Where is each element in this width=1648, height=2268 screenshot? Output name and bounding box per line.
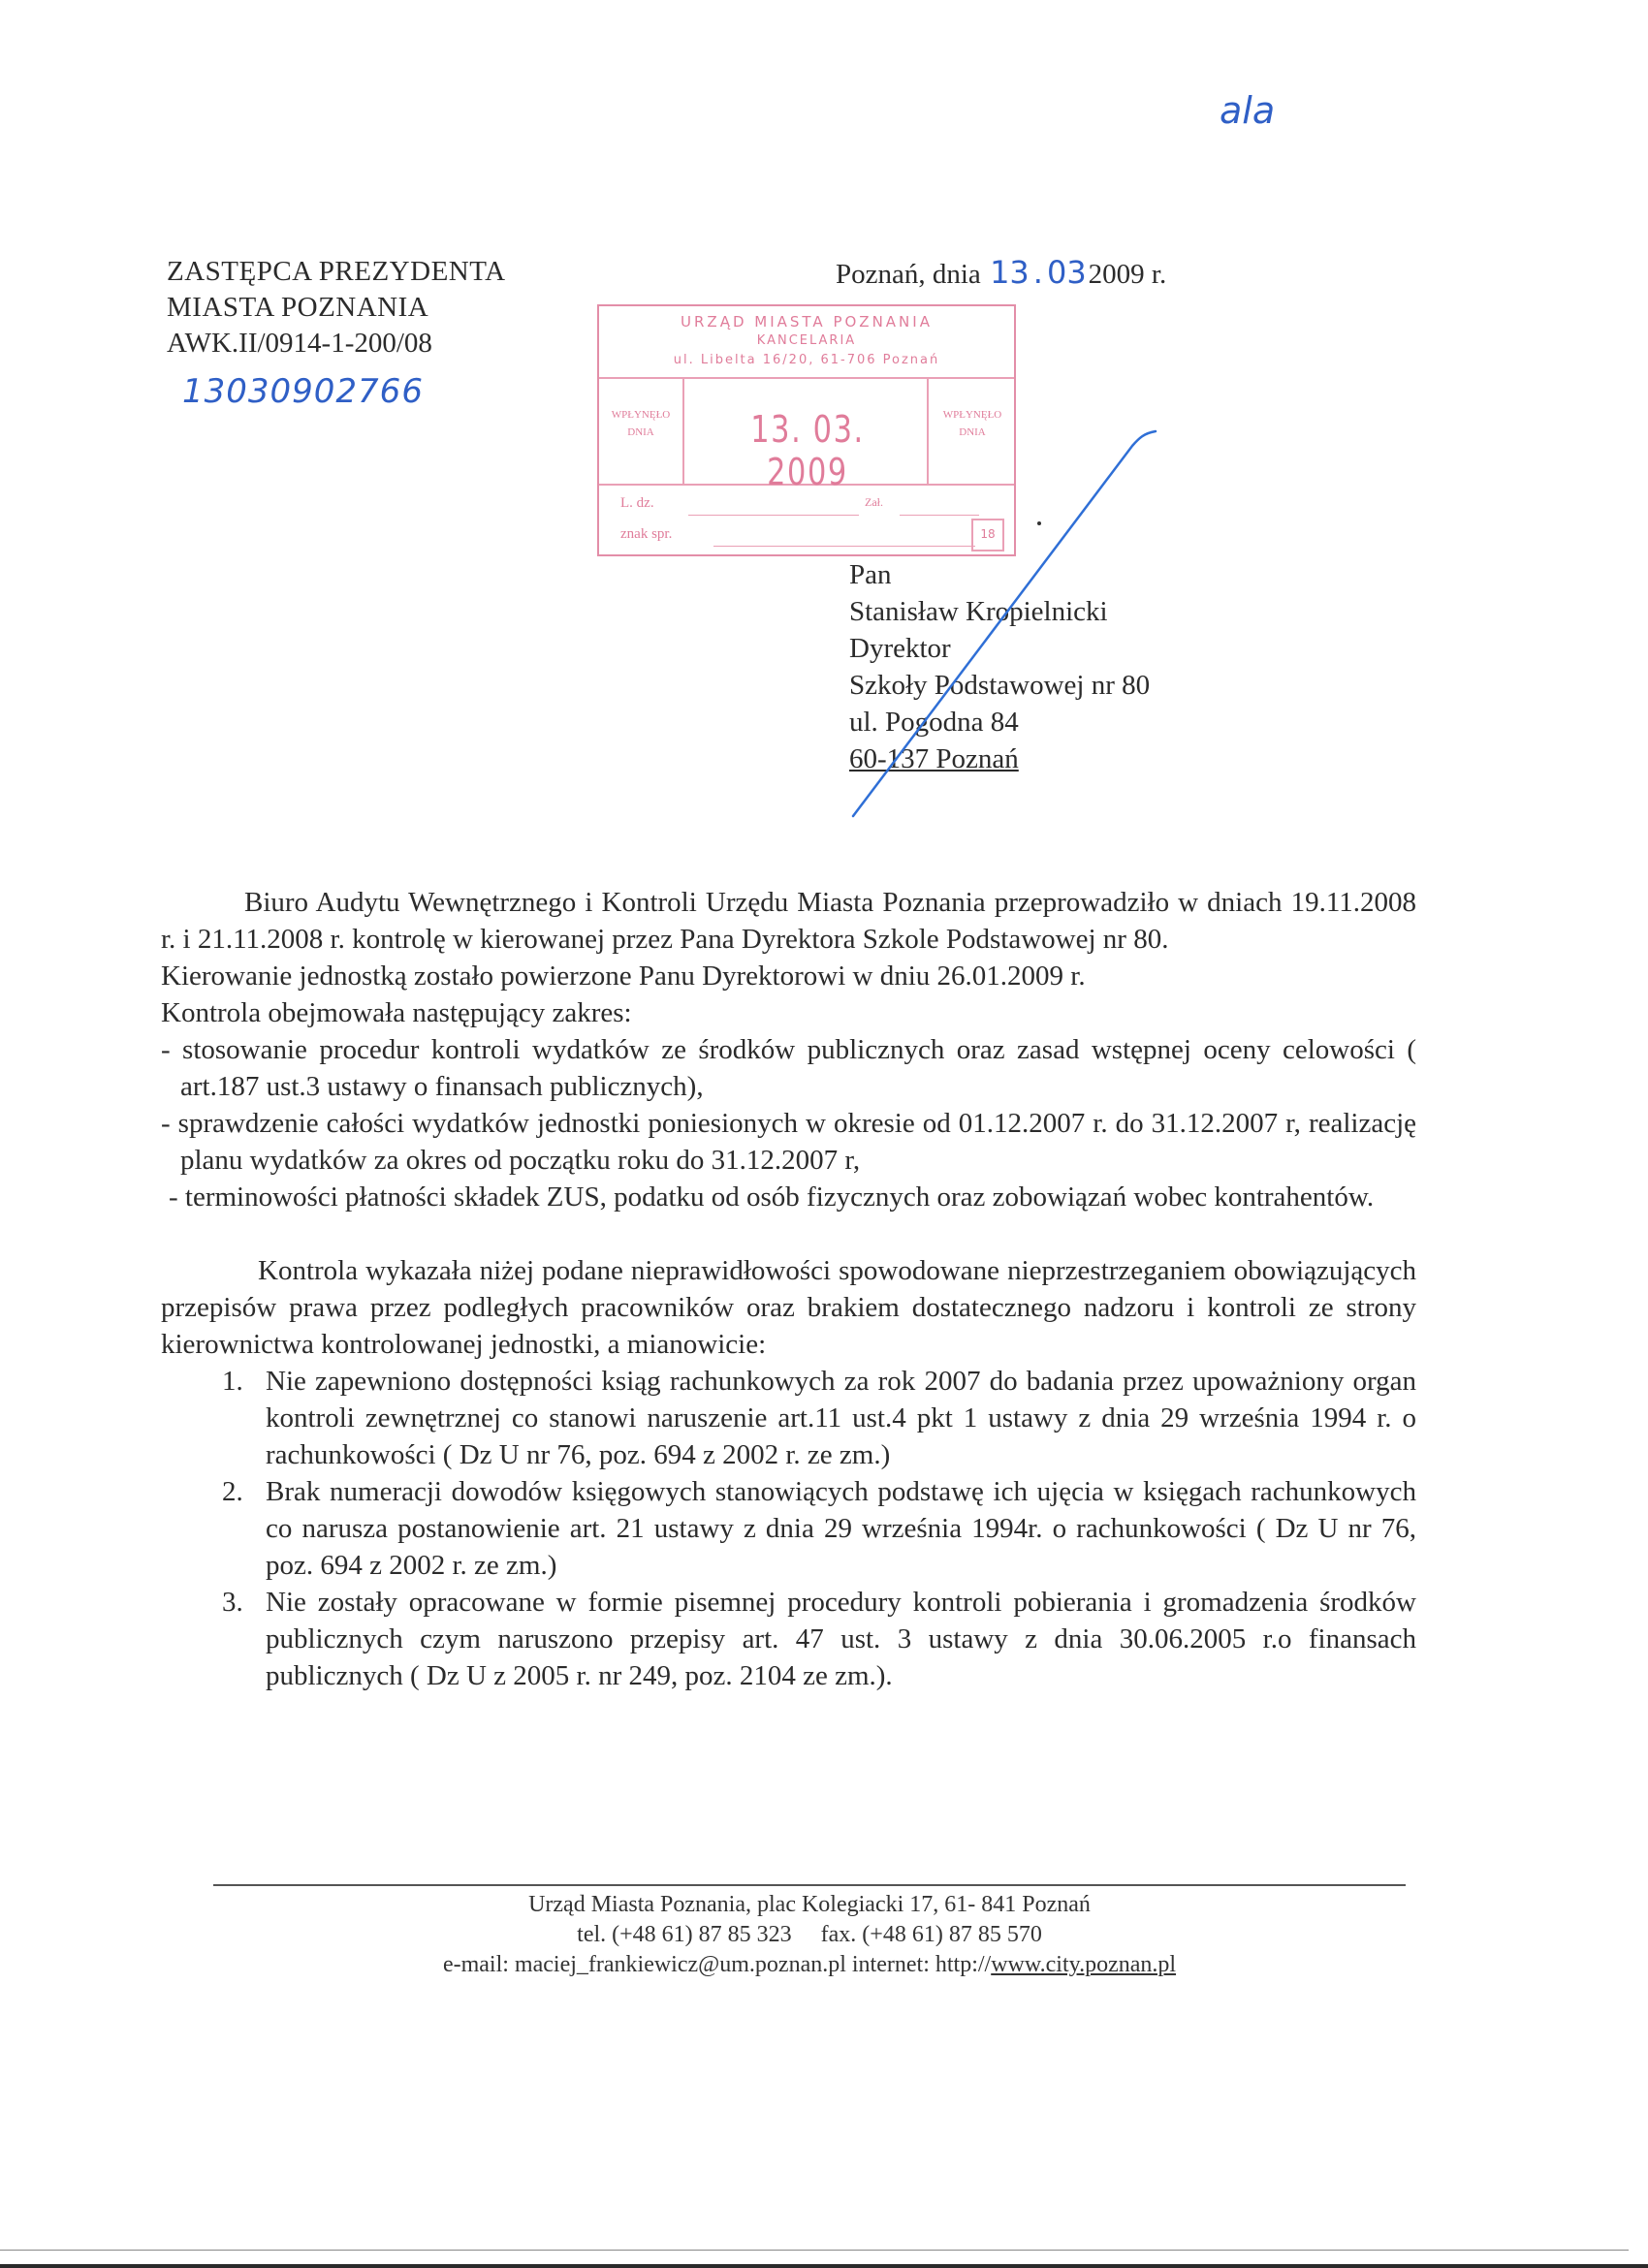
scope-item: - terminowości płatności składek ZUS, po… [161,1179,1416,1215]
stamp-department: KANCELARIA [599,331,1014,351]
findings-intro: Kontrola wykazała niżej podane nieprawid… [161,1252,1416,1363]
stamp-received-label-left: WPŁYNĘŁO DNIA [599,406,682,441]
stamp-box-number: 18 [971,519,1004,551]
stamp-received-label-right: WPŁYNĘŁO DNIA [931,406,1014,441]
scan-edge-line [0,2250,1629,2251]
footer-email: e-mail: maciej_frankiewicz@um.poznan.pl … [443,1952,991,1977]
sender-title-line: ZASTĘPCA PREZYDENTA [167,254,506,290]
place-date: Poznań, dnia 13.032009 r. [836,254,1166,291]
stamp-register-rows: L. dz. Zał. znak spr. 18 [599,486,1014,553]
recipient-name: Stanisław Kropielnicki [849,593,1150,630]
footer-website-link[interactable]: www.city.poznan.pl [991,1952,1176,1977]
footer-contact: e-mail: maciej_frankiewicz@um.poznan.pl … [213,1950,1406,1980]
recipient-postal: 60-137 Poznań [849,740,1150,777]
recipient-line: ul. Pogodna 84 [849,704,1150,740]
finding-item: Brak numeracji dowodów księgowych stanow… [250,1473,1416,1584]
stamp-address: ul. Libelta 16/20, 61-706 Poznań [599,351,1014,370]
received-stamp: URZĄD MIASTA POZNANIA KANCELARIA ul. Lib… [597,304,1016,556]
scope-item: - sprawdzenie całości wydatków jednostki… [161,1105,1416,1179]
stamp-office: URZĄD MIASTA POZNANIA [599,312,1014,331]
handwritten-month: 03 [1047,254,1087,291]
scan-edge [0,2264,1648,2268]
recipient-line: Dyrektor [849,630,1150,667]
recipient-address: Pan Stanisław Kropielnicki Dyrektor Szko… [849,556,1150,777]
recipient-line: Pan [849,556,1150,593]
place-label: Poznań, dnia [836,259,981,290]
handwritten-initials: ala [1220,89,1275,132]
stamp-header: URZĄD MIASTA POZNANIA KANCELARIA ul. Lib… [599,306,1014,379]
sender-block: ZASTĘPCA PREZYDENTA MIASTA POZNANIA AWK.… [167,254,506,362]
stamp-znak-label: znak spr. [620,526,672,543]
sender-title-line: MIASTA POZNANIA [167,290,506,326]
finding-item: Nie zapewniono dostępności ksiąg rachunk… [250,1363,1416,1473]
stamp-zal-label: Zał. [865,495,883,510]
letterhead-footer: Urząd Miasta Poznania, plac Kolegiacki 1… [213,1890,1406,1980]
date-year: 2009 r. [1089,259,1167,290]
finding-item: Nie zostały opracowane w formie pisemnej… [250,1584,1416,1694]
reference-number: AWK.II/0914-1-200/08 [167,326,506,362]
handwritten-day: 13 [990,254,1030,291]
stamp-received-date: 13. 03. 2009 [711,408,904,493]
recipient-line: Szkoły Podstawowej nr 80 [849,667,1150,704]
footer-address: Urząd Miasta Poznania, plac Kolegiacki 1… [213,1890,1406,1920]
intro-paragraph: Biuro Audytu Wewnętrznego i Kontroli Urz… [161,884,1416,958]
stamp-ldz-label: L. dz. [620,495,654,512]
scope-item: - stosowanie procedur kontroli wydatków … [161,1031,1416,1105]
letter-body: Biuro Audytu Wewnętrznego i Kontroli Urz… [161,884,1416,1694]
footer-phones: tel. (+48 61) 87 85 323 fax. (+48 61) 87… [213,1920,1406,1950]
footer-divider [213,1884,1406,1886]
handwritten-registration-number: 13030902766 [182,372,424,411]
stamp-date-row: WPŁYNĘŁO DNIA 13. 03. 2009 WPŁYNĘŁO DNIA [599,379,1014,486]
assignment-paragraph: Kierowanie jednostką zostało powierzone … [161,958,1416,994]
scope-heading: Kontrola obejmowała następujący zakres: [161,994,1416,1031]
findings-list: Nie zapewniono dostępności ksiąg rachunk… [161,1363,1416,1694]
